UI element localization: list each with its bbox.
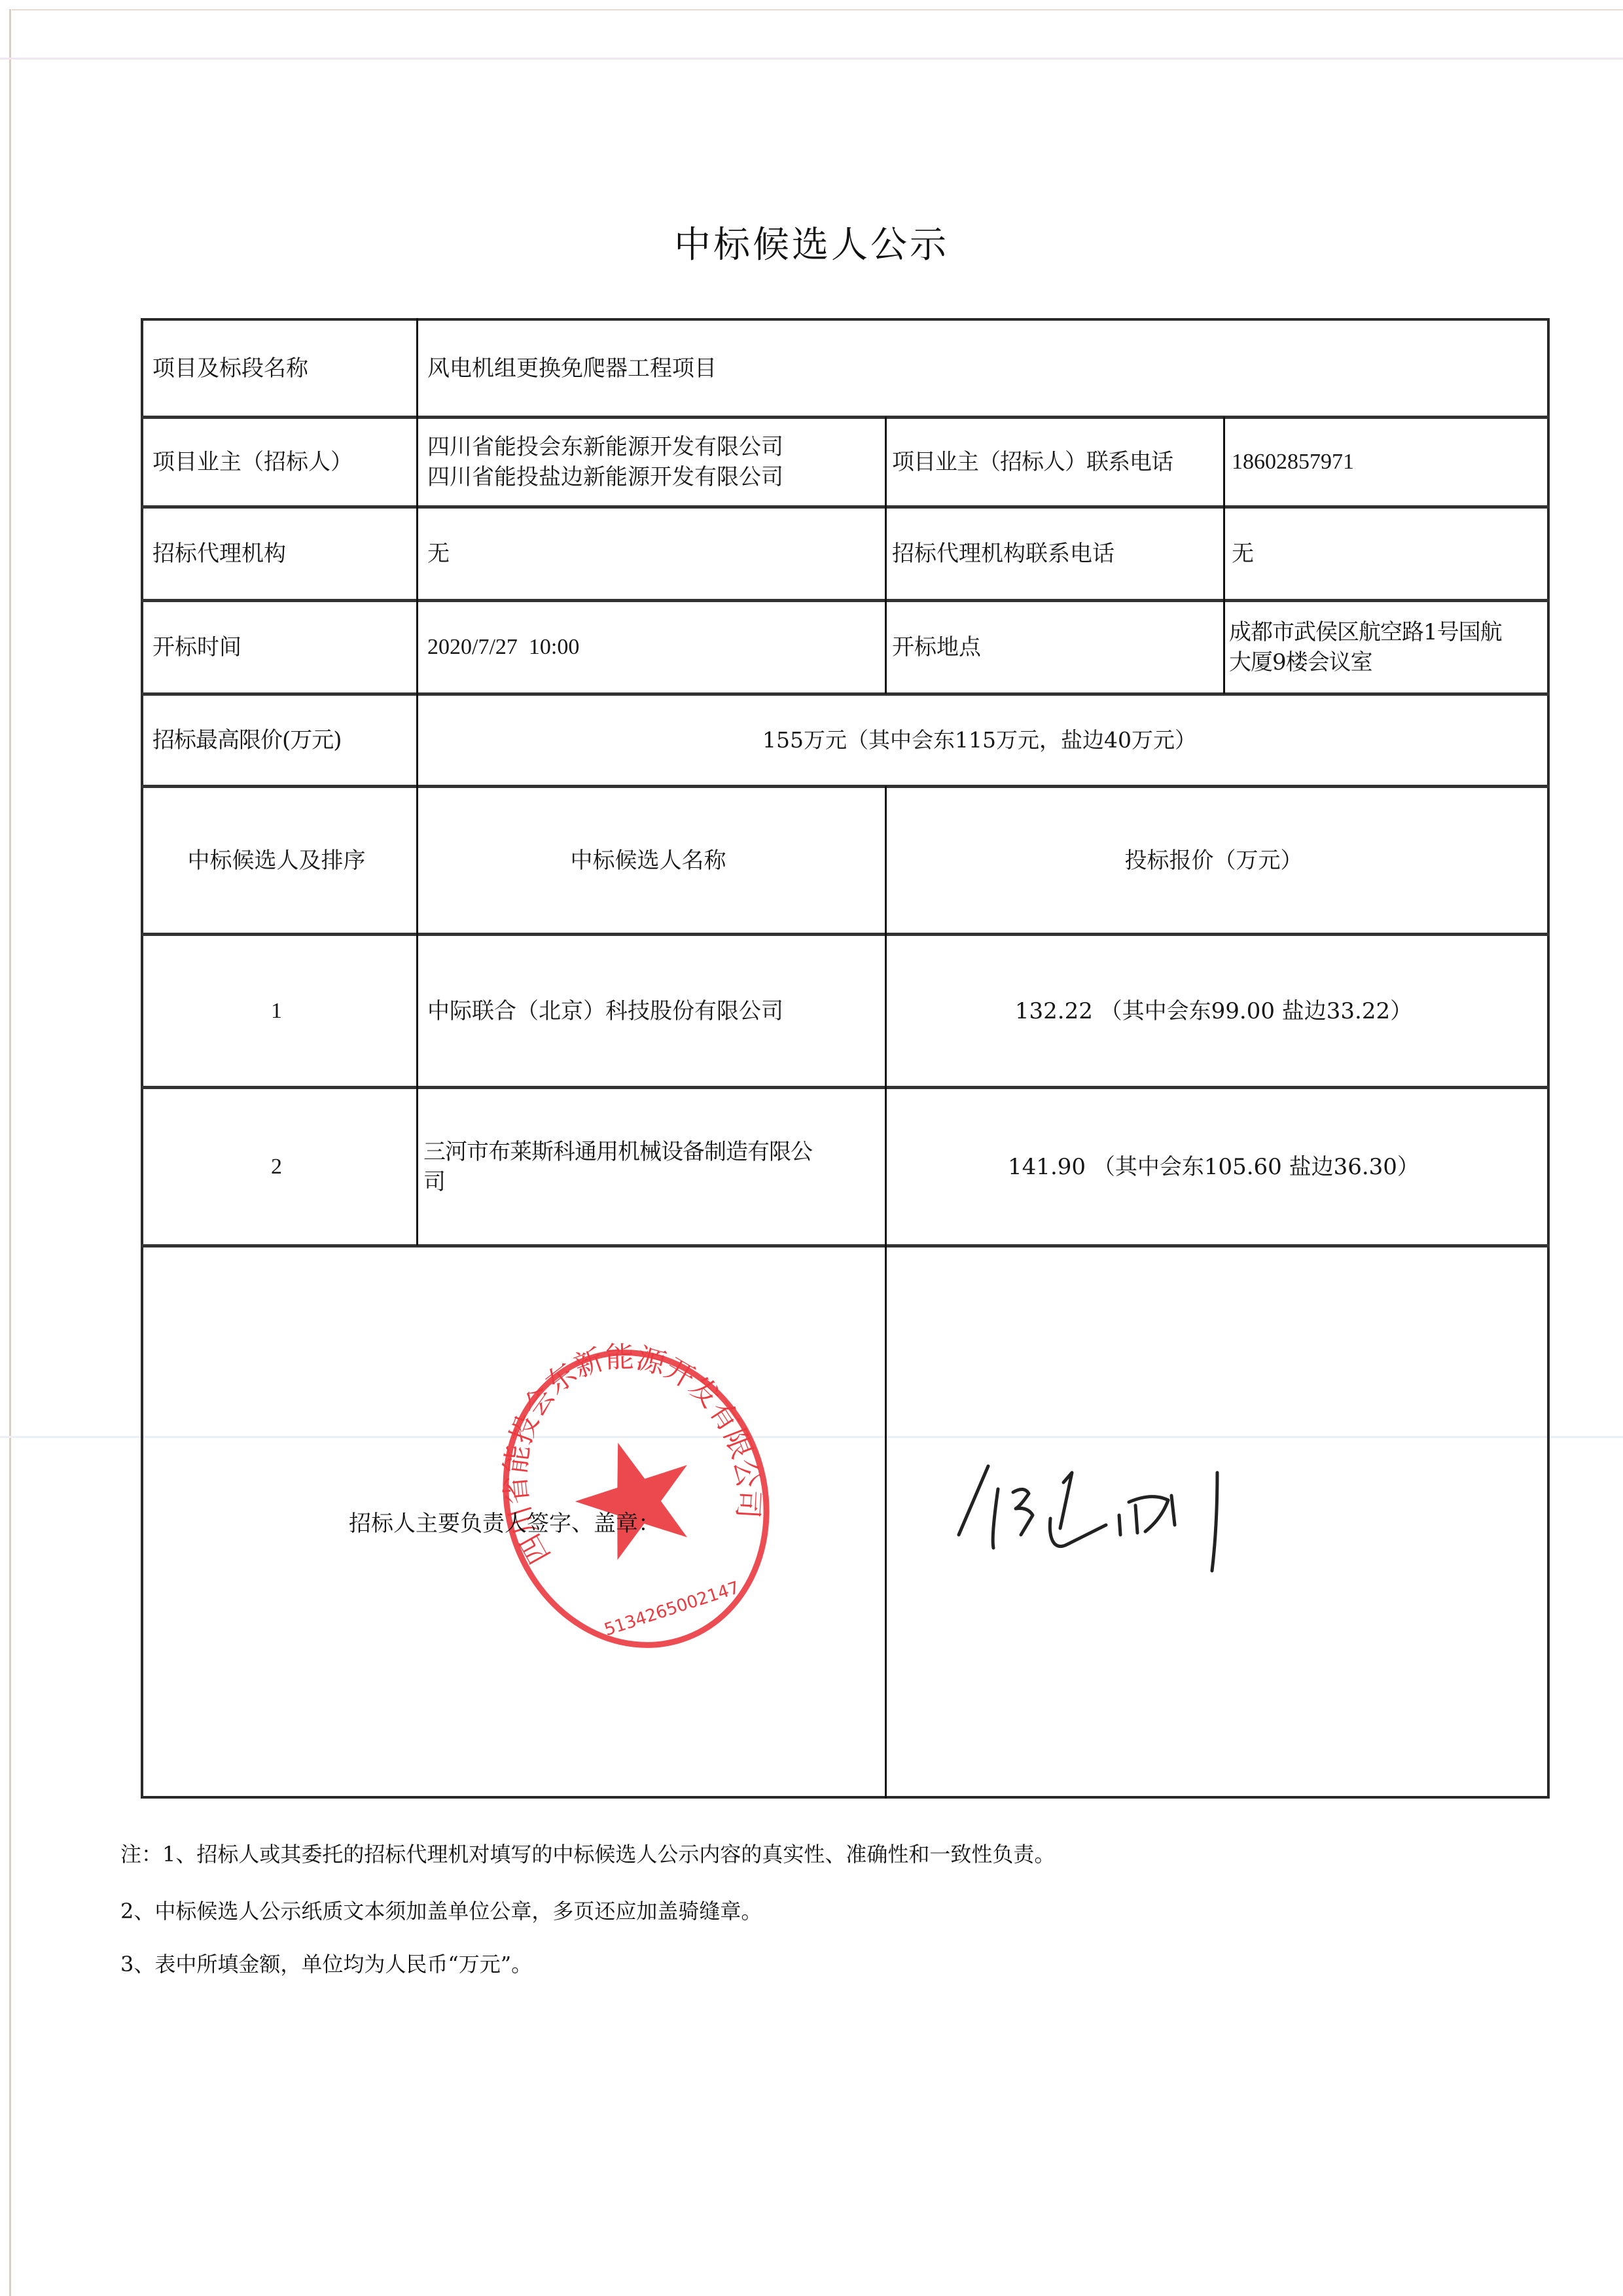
header-name: 中标候选人名称 xyxy=(418,788,885,933)
scan-streak xyxy=(0,58,1623,60)
candidate-name-line: 司 xyxy=(423,1167,812,1197)
project-name-label: 项目及标段名称 xyxy=(143,321,416,416)
owner-value: 四川省能投会东新能源开发有限公司 四川省能投盐边新能源开发有限公司 xyxy=(418,419,885,505)
note-2: 2、中标候选人公示纸质文本须加盖单位公章，多页还应加盖骑缝章。 xyxy=(120,1895,762,1925)
candidate-price: 132.22 （其中会东99.00 盐边33.22） xyxy=(887,936,1547,1086)
note-3: 3、表中所填金额，单位均为人民币“万元”。 xyxy=(120,1948,532,1978)
candidate-name: 中际联合（北京）科技股份有限公司 xyxy=(418,936,885,1086)
owner-line: 四川省能投盐边新能源开发有限公司 xyxy=(427,462,783,492)
scan-edge-top xyxy=(12,9,1623,10)
agency-phone-label: 招标代理机构联系电话 xyxy=(887,509,1223,599)
candidate-price: 141.90 （其中会东105.60 盐边36.30） xyxy=(887,1089,1547,1244)
header-price: 投标报价（万元） xyxy=(887,788,1547,933)
candidate-name-line: 三河市布莱斯科通用机械设备制造有限公 xyxy=(423,1137,812,1167)
candidate-rank: 2 xyxy=(143,1089,416,1244)
note-1: 注：1、招标人或其委托的招标代理机对填写的中标候选人公示内容的真实性、准确性和一… xyxy=(120,1838,1055,1868)
page-title: 中标候选人公示 xyxy=(0,216,1623,268)
candidate-rank: 1 xyxy=(143,936,416,1086)
agency-phone-value: 无 xyxy=(1225,509,1547,599)
seal-code: 5134265002147 xyxy=(602,1578,742,1640)
signature-label: 招标人主要负责人签字、盖章： xyxy=(349,1505,660,1537)
agency-value: 无 xyxy=(418,509,885,599)
header-rank: 中标候选人及排序 xyxy=(143,788,416,933)
owner-phone-label: 项目业主（招标人）联系电话 xyxy=(887,419,1223,505)
opening-time-label: 开标时间 xyxy=(143,602,416,692)
place-line: 大厦9楼会议室 xyxy=(1229,647,1502,677)
handwritten-signature xyxy=(955,1453,1243,1590)
scan-edge-left xyxy=(9,9,11,2296)
opening-place-value: 成都市武侯区航空路1号国航 大厦9楼会议室 xyxy=(1225,602,1547,692)
row-divider xyxy=(141,1244,1550,1247)
owner-phone-value: 18602857971 xyxy=(1225,419,1547,505)
opening-time-value: 2020/7/27 10:00 xyxy=(418,602,885,692)
candidate-name: 三河市布莱斯科通用机械设备制造有限公 司 xyxy=(418,1089,885,1244)
owner-label: 项目业主（招标人） xyxy=(143,419,416,505)
opening-place-label: 开标地点 xyxy=(887,602,1223,692)
company-seal-stamp: 四川省能投会东新能源开发有限公司 5134265002147 xyxy=(499,1342,774,1656)
max-price-label: 招标最高限价(万元) xyxy=(143,696,416,785)
project-name-value: 风电机组更换免爬器工程项目 xyxy=(418,321,1547,416)
owner-line: 四川省能投会东新能源开发有限公司 xyxy=(427,432,783,462)
agency-label: 招标代理机构 xyxy=(143,509,416,599)
place-line: 成都市武侯区航空路1号国航 xyxy=(1229,617,1502,647)
max-price-value: 155万元（其中会东115万元，盐边40万元） xyxy=(418,696,1547,785)
